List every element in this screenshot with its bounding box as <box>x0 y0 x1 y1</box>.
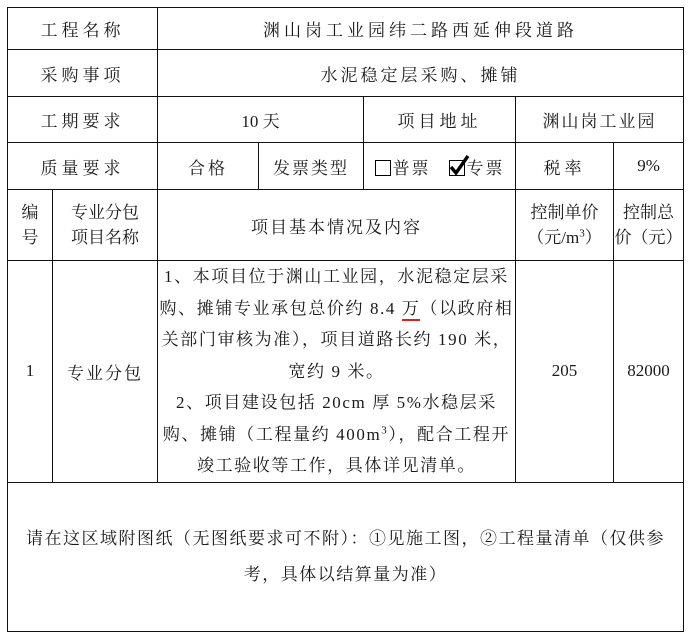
footer-note: 请在这区域附图纸（无图纸要求可不附）：①见施工图，②工程量清单（仅供参考，具体以… <box>8 482 684 631</box>
table-row: 质量要求 合格 发票类型 普票专票 税率 9% <box>8 143 684 190</box>
row-project-content: 1、本项目位于渊山工业园，水泥稳定层采购、摊铺专业承包总价约 8.4 万（以政府… <box>158 261 516 483</box>
invoice-plain-label: 普票 <box>393 159 431 178</box>
header-unit-price-line1: 控制单价 <box>531 203 599 222</box>
table-data-row: 1 专业分包 1、本项目位于渊山工业园，水泥稳定层采购、摊铺专业承包总价约 8.… <box>8 261 684 483</box>
table-footer-row: 请在这区域附图纸（无图纸要求可不附）：①见施工图，②工程量清单（仅供参考，具体以… <box>8 482 684 631</box>
row-subcontract-name-text: 专业分包 <box>67 364 143 383</box>
project-content-paragraph-1: 1、本项目位于渊山工业园，水泥稳定层采购、摊铺专业承包总价约 8.4 万（以政府… <box>158 261 515 387</box>
row-no: 1 <box>8 261 53 483</box>
tax-label: 税率 <box>516 143 614 190</box>
header-subcontract-name-text: 专业分包 项目名称 <box>53 200 157 250</box>
row-unit-price-text: 205 <box>552 361 578 380</box>
header-total-price-line1: 控制总 <box>623 203 674 222</box>
duration-value: 10 天 <box>158 97 364 143</box>
quality-value: 合格 <box>158 143 259 190</box>
row-total-price-text: 82000 <box>627 361 670 380</box>
invoice-special-label: 专票 <box>467 159 505 178</box>
header-total-price-line2: 价（元） <box>615 228 683 247</box>
project-name-value: 渊山岗工业园纬二路西延伸段道路 <box>158 8 684 50</box>
header-subcontract-name: 专业分包 项目名称 <box>53 190 158 261</box>
table-row: 采购事项 水泥稳定层采购、摊铺 <box>8 50 684 97</box>
invoice-type-options: 普票专票 <box>364 143 516 190</box>
header-project-content-text: 项目基本情况及内容 <box>251 218 422 237</box>
header-unit-price-line2a: （元/m <box>527 228 579 247</box>
spellcheck-underlined-text: 万 <box>402 299 421 321</box>
address-label-text: 项目地址 <box>398 112 482 131</box>
checkbox-unchecked-icon[interactable] <box>375 160 391 176</box>
procurement-label: 采购事项 <box>8 50 158 97</box>
duration-label-text: 工期要求 <box>41 112 125 131</box>
quality-label-text: 质量要求 <box>41 159 125 178</box>
header-no-text: 编 号 <box>8 200 52 250</box>
header-unit-price-line2b: ） <box>585 228 602 247</box>
address-value: 渊山岗工业园 <box>516 97 684 143</box>
table-header-row: 编 号 专业分包 项目名称 项目基本情况及内容 控制单价 （元/m3） 控制总 … <box>8 190 684 261</box>
table-row: 工程名称 渊山岗工业园纬二路西延伸段道路 <box>8 8 684 50</box>
footer-note-text: 请在这区域附图纸（无图纸要求可不附）：①见施工图，②工程量清单（仅供参考，具体以… <box>26 529 665 584</box>
header-unit-price: 控制单价 （元/m3） <box>516 190 614 261</box>
row-subcontract-name: 专业分包 <box>53 261 158 483</box>
procurement-value: 水泥稳定层采购、摊铺 <box>158 50 684 97</box>
header-project-content: 项目基本情况及内容 <box>158 190 516 261</box>
tax-value-text: 9% <box>637 156 660 175</box>
project-content-paragraph-2: 2、项目建设包括 20cm 厚 5%水稳层采购、摊铺（工程量约 400m3），配… <box>158 387 515 482</box>
table-row: 工期要求 10 天 项目地址 渊山岗工业园 <box>8 97 684 143</box>
checkbox-checked-icon[interactable] <box>449 160 465 176</box>
duration-value-text: 10 天 <box>241 112 279 131</box>
duration-label: 工期要求 <box>8 97 158 143</box>
project-name-label: 工程名称 <box>8 8 158 50</box>
quality-value-text: 合格 <box>188 159 228 178</box>
invoice-type-label-text: 发票类型 <box>273 159 349 178</box>
address-label: 项目地址 <box>364 97 516 143</box>
address-value-text: 渊山岗工业园 <box>543 112 657 131</box>
procurement-label-text: 采购事项 <box>41 66 125 85</box>
quality-label: 质量要求 <box>8 143 158 190</box>
tax-label-text: 税率 <box>544 159 586 178</box>
row-no-text: 1 <box>26 361 35 380</box>
header-no: 编 号 <box>8 190 53 261</box>
invoice-type-label: 发票类型 <box>259 143 364 190</box>
header-total-price: 控制总 价（元） <box>614 190 684 261</box>
row-total-price: 82000 <box>614 261 684 483</box>
row-unit-price: 205 <box>516 261 614 483</box>
project-name-label-text: 工程名称 <box>41 21 125 40</box>
procurement-value-text: 水泥稳定层采购、摊铺 <box>321 66 521 85</box>
tax-value: 9% <box>614 143 684 190</box>
procurement-table: 工程名称 渊山岗工业园纬二路西延伸段道路 采购事项 水泥稳定层采购、摊铺 工期要… <box>7 7 684 632</box>
project-name-value-text: 渊山岗工业园纬二路西延伸段道路 <box>263 21 578 40</box>
